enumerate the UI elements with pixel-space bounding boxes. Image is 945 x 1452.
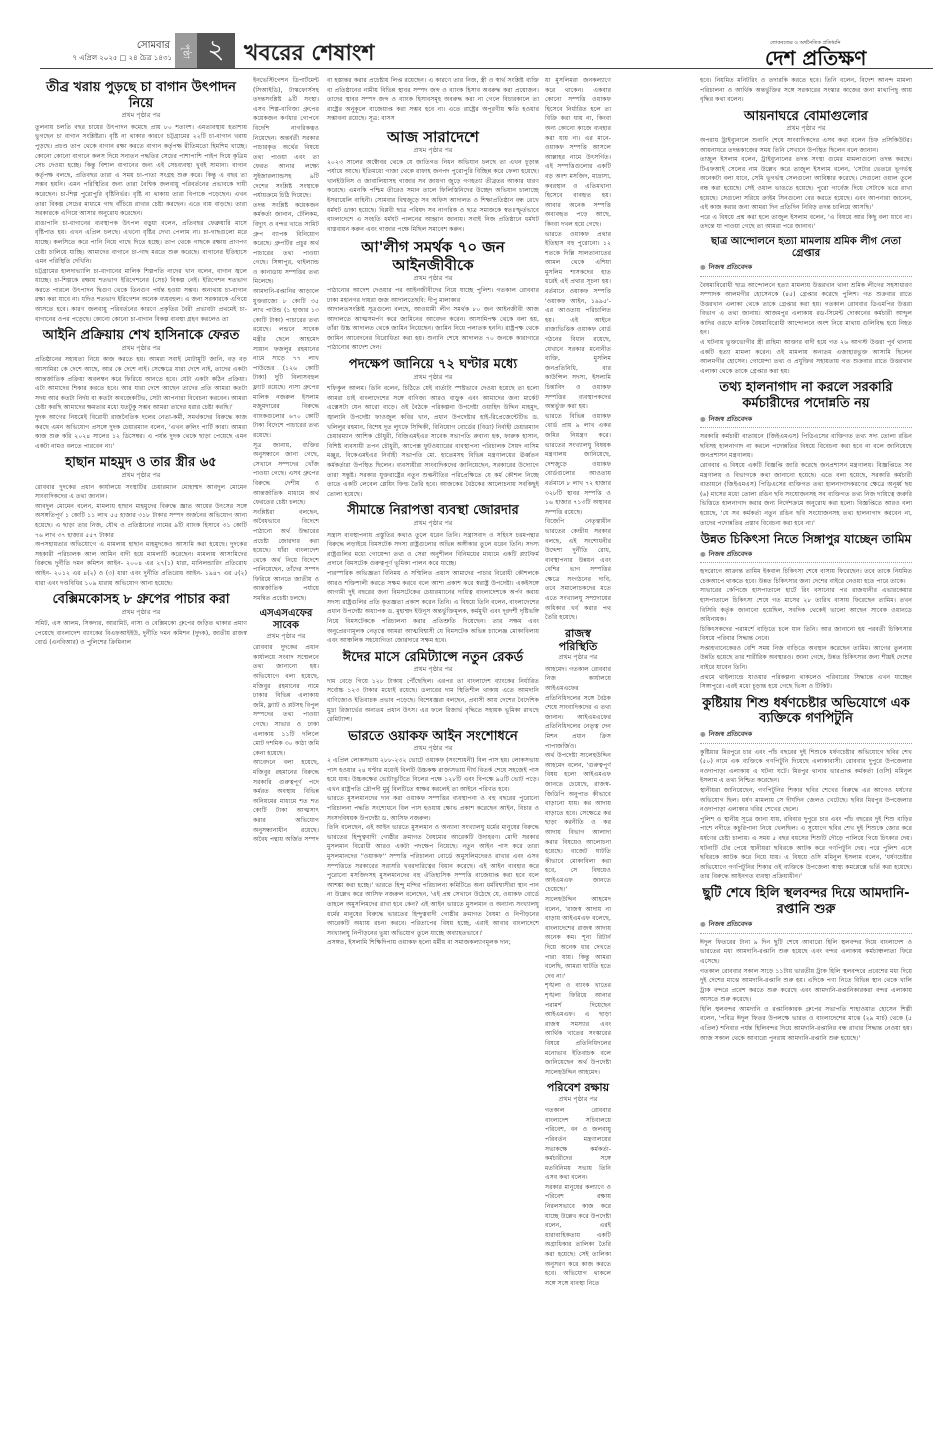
page-number: ২ <box>197 33 235 69</box>
continued-label: প্রথম পৃষ্ঠার পর <box>327 665 539 675</box>
headline: ভারতে ওয়াকফ আইন সংশোধনে <box>327 729 539 745</box>
headline: রাজস্ব পরিস্থিতি <box>545 627 611 653</box>
headline: ঈদের মাসে রেমিট্যান্সে নতুন রেকর্ড <box>327 650 539 666</box>
article-tamim: উন্নত চিকিৎসা নিতে সিঙ্গাপুর যাচ্ছেন তাম… <box>700 532 912 692</box>
continued-label: প্রথম পৃষ্ঠার পর <box>327 274 539 284</box>
masthead: সোমবার ৭ এপ্রিল ২০২৫ □ ২৪ চৈত্র ১৪৩১ পৃষ… <box>0 0 945 62</box>
headline: কুষ্টিয়ায় শিশু ধর্ষণচেষ্টার অভিযোগে এক… <box>700 696 912 727</box>
continued-label: প্রথম পৃষ্ঠার পর <box>253 632 319 642</box>
continued-label: প্রথম পৃষ্ঠার পর <box>327 519 539 529</box>
headline: সীমান্তে নিরাপত্তা ব্যবস্থা জোরদার <box>327 503 539 519</box>
article-awami-lawyers: আ'লীগ সমর্থক ৭০ জন আইনজীবীকে প্রথম পৃষ্ঠ… <box>327 238 539 353</box>
continued-label: প্রথম পৃষ্ঠার পর <box>35 111 247 121</box>
continued-label: প্রথম পৃষ্ঠার পর <box>35 344 247 354</box>
headline: এসএসএফের সাবেক <box>253 608 319 632</box>
article-beximco: বেক্সিমকোসহ ৮ গ্রুপের পাচার করা প্রথম পৃ… <box>35 592 247 648</box>
continued-label: প্রথম পৃষ্ঠার পর <box>327 744 539 754</box>
continued-label: প্রথম পৃষ্ঠার পর <box>35 471 247 481</box>
article-promotion: তথ্য হালনাগাদ না করলে সরকারি কর্মচারীদের… <box>700 380 912 528</box>
headline: আজ সারাদেশে <box>327 128 539 146</box>
article-aynaghar: আয়নাঘরে বোমাগুলোর প্রথম পৃষ্ঠার পর অপরা… <box>700 109 912 232</box>
headline: হাছান মাহমুদ ও তার স্ত্রীর ৬৫ <box>35 455 247 471</box>
headline: তথ্য হালনাগাদ না করলে সরকারি কর্মচারীদের… <box>700 380 912 411</box>
byline: নিজস্ব প্রতিবেদক <box>700 260 912 277</box>
article-hasina-return: আইনি প্রক্রিয়ায় শেখ হাসিনাকে ফেরত প্রথ… <box>35 328 247 451</box>
article-border-security: সীমান্তে নিরাপত্তা ব্যবস্থা জোরদার প্রথম… <box>327 503 539 645</box>
headline: উন্নত চিকিৎসা নিতে সিঙ্গাপুর যাচ্ছেন তাম… <box>700 532 912 546</box>
continued-label: প্রথম পৃষ্ঠার পর <box>327 373 539 383</box>
article-waqf: ভারতে ওয়াকফ আইন সংশোধনে প্রথম পৃষ্ঠার প… <box>327 729 539 948</box>
article-tea-garden: তীব্র খরায় পুড়ছে চা বাগান উৎপাদন নিয়ে… <box>35 80 247 324</box>
byline: নিজস্ব প্রতিবেদক <box>700 412 912 429</box>
headline: ছুটি শেষে হিলি স্থলবন্দর দিয়ে আমদানি-রপ… <box>700 886 912 917</box>
page-label: পৃষ্ঠা <box>175 33 197 69</box>
column-left: তীব্র খরায় পুড়ছে চা বাগান উৎপাদন নিয়ে… <box>35 76 247 1446</box>
article-environment: পরিবেশ রক্ষায় প্রথম পৃষ্ঠার পর গতকাল রো… <box>545 1081 611 1288</box>
article-revenue: রাজস্ব পরিস্থিতি প্রথম পৃষ্ঠার পর আহমেদ।… <box>545 627 611 1078</box>
article-72-hours: পদক্ষেপ জানিয়ে ৭২ ঘণ্টার মধ্যে প্রথম পৃ… <box>327 357 539 499</box>
continued-label: প্রথম পৃষ্ঠার পর <box>700 124 912 134</box>
headline: পদক্ষেপ জানিয়ে ৭২ ঘণ্টার মধ্যে <box>327 357 539 373</box>
article-hasan-mahmud: হাছান মাহমুদ ও তার স্ত্রীর ৬৫ প্রথম পৃষ্… <box>35 455 247 588</box>
column-center: বা হস্তান্তর করার প্রচেষ্টায় লিপ্ত রয়ে… <box>327 76 539 1446</box>
newspaper-logo: দেশ প্রতিক্ষণ <box>765 44 866 77</box>
article-kushtia: কুষ্টিয়ায় শিশু ধর্ষণচেষ্টার অভিযোগে এক… <box>700 696 912 882</box>
continued-label: প্রথম পৃষ্ঠার পর <box>545 1095 611 1105</box>
column-investigation: ইনভেস্টিগেশন ডিপার্টমেন্ট (সিআইডি), টাস্… <box>253 76 319 1446</box>
headline: বেক্সিমকোসহ ৮ গ্রুপের পাচার করা <box>35 592 247 608</box>
byline: নিজস্ব প্রতিবেদক <box>700 547 912 564</box>
headline: পরিবেশ রক্ষায় <box>545 1081 611 1094</box>
continued-label: প্রথম পৃষ্ঠার পর <box>327 146 539 156</box>
article-worker-league-arrest: ছাত্র আন্দোলনে হত্যা মামলায় শ্রমিক লীগ … <box>700 236 912 377</box>
column-waqf-cont: যা মুসলিমরা জনকল্যাণে করে থাকেন। একবার ক… <box>545 76 611 1446</box>
article-remittance: ঈদের মাসে রেমিট্যান্সে নতুন রেকর্ড প্রথম… <box>327 650 539 725</box>
continued-label: প্রথম পৃষ্ঠার পর <box>545 653 611 663</box>
article-ssf-ex: এসএসএফের সাবেক প্রথম পৃষ্ঠার পর রোববার দ… <box>253 608 319 845</box>
article-hili: ছুটি শেষে হিলি স্থলবন্দর দিয়ে আমদানি-রপ… <box>700 886 912 1043</box>
column-right: হবে। নিয়মিত মনিটরিং ও তদারকি করতে হবে। … <box>700 76 912 1446</box>
continued-label: প্রথম পৃষ্ঠার পর <box>35 608 247 618</box>
headline: ছাত্র আন্দোলনে হত্যা মামলায় শ্রমিক লীগ … <box>700 236 912 260</box>
column-gap-filler <box>617 76 694 1446</box>
byline: নিজস্ব প্রতিবেদক <box>700 727 912 744</box>
headline: আ'লীগ সমর্থক ৭০ জন আইনজীবীকে <box>327 238 539 274</box>
article-today-nationwide: আজ সারাদেশে প্রথম পৃষ্ঠার পর ২০২৩ সালের … <box>327 128 539 234</box>
byline: নিজস্ব প্রতিবেদক <box>700 917 912 934</box>
headline: আয়নাঘরে বোমাগুলোর <box>700 109 912 125</box>
masthead-divider <box>40 68 933 69</box>
headline: আইনি প্রক্রিয়ায় শেখ হাসিনাকে ফেরত <box>35 328 247 344</box>
masthead-date: ৭ এপ্রিল ২০২৫ □ ২৪ চৈত্র ১৪৩১ <box>62 52 172 64</box>
headline: তীব্র খরায় পুড়ছে চা বাগান উৎপাদন নিয়ে <box>35 80 247 111</box>
